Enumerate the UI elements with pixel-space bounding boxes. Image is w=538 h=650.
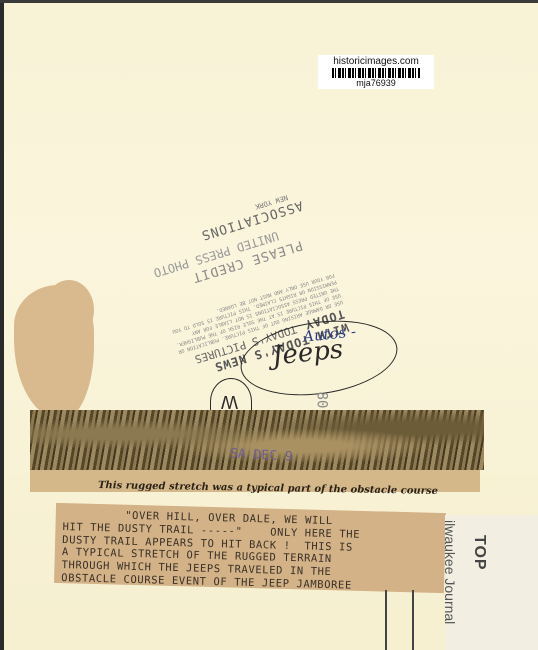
publication-name: ilwaukee Journal [442,520,458,624]
photo-back-page: historicimages.com mja76939 WITH TODAY'S… [0,0,538,650]
date-stamp: SA DEC 9 [230,446,293,464]
circled-letter-text: W [221,391,238,412]
top-marker: TOP [470,535,488,571]
typed-clipping-text: "OVER HILL, OVER DALE, WE WILLHIT THE DU… [61,508,443,595]
side-label-paper [445,515,538,650]
stain-mark-top [44,280,94,340]
watermark-label: historicimages.com mja76939 [318,55,434,89]
divider-line [385,590,387,650]
handwritten-number: 80 [313,392,329,409]
divider-line [412,590,414,650]
barcode-icon [332,68,420,78]
watermark-site: historicimages.com [318,56,434,67]
watermark-code: mja76939 [318,78,434,89]
